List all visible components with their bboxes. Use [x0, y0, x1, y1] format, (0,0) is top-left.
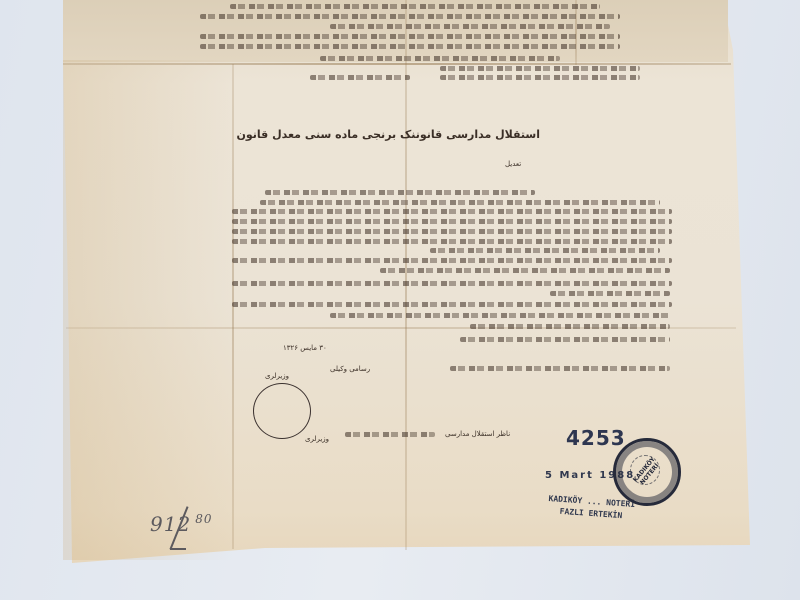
handwritten-underline [170, 548, 186, 550]
text-line [200, 34, 620, 39]
text-line [232, 281, 672, 286]
text-line [450, 366, 670, 371]
fold-line-top [63, 63, 731, 65]
text-line [200, 14, 620, 19]
text-line [440, 66, 640, 71]
text-line [200, 44, 620, 49]
document-subheading: تعدیل [505, 160, 521, 168]
fold-line-center [405, 0, 407, 550]
text-line [232, 209, 672, 214]
handwritten-denominator: 80 [195, 512, 212, 526]
text-line [380, 268, 670, 273]
fold-line-right [575, 0, 577, 65]
text-line [232, 302, 672, 307]
signature-label-right: ناظر استقلال مدارسی [445, 430, 510, 438]
text-line [230, 4, 600, 9]
text-line [232, 229, 672, 234]
text-line [330, 24, 610, 29]
folded-top-section [63, 0, 728, 62]
text-line [310, 75, 410, 80]
text-line [550, 291, 670, 296]
signature-label-left: رسامی وکیلی [330, 365, 370, 373]
document-title: استقلال مدارسی قانوننک برنجی ماده سنی مع… [270, 128, 540, 141]
text-line [232, 258, 672, 263]
text-line [320, 56, 560, 61]
text-line [345, 432, 435, 437]
stamp-number: 4253 [566, 426, 626, 450]
text-line [460, 337, 670, 342]
text-line [232, 219, 672, 224]
text-line [430, 248, 660, 253]
text-line [440, 75, 640, 80]
seal-label-bottom: وزیرلری [305, 435, 329, 443]
date-line: ۳۰ مایس ۱۳۲۶ [283, 344, 327, 352]
text-line [470, 324, 670, 329]
paper-stain [63, 60, 233, 560]
notary-seal: KADIKÖY NOTERİ [613, 438, 681, 506]
text-line [232, 239, 672, 244]
signature-seal-circle [253, 383, 311, 439]
text-line [260, 200, 660, 205]
seal-label-top: وزیرلری [265, 372, 289, 380]
text-line [330, 313, 670, 318]
text-line [265, 190, 535, 195]
